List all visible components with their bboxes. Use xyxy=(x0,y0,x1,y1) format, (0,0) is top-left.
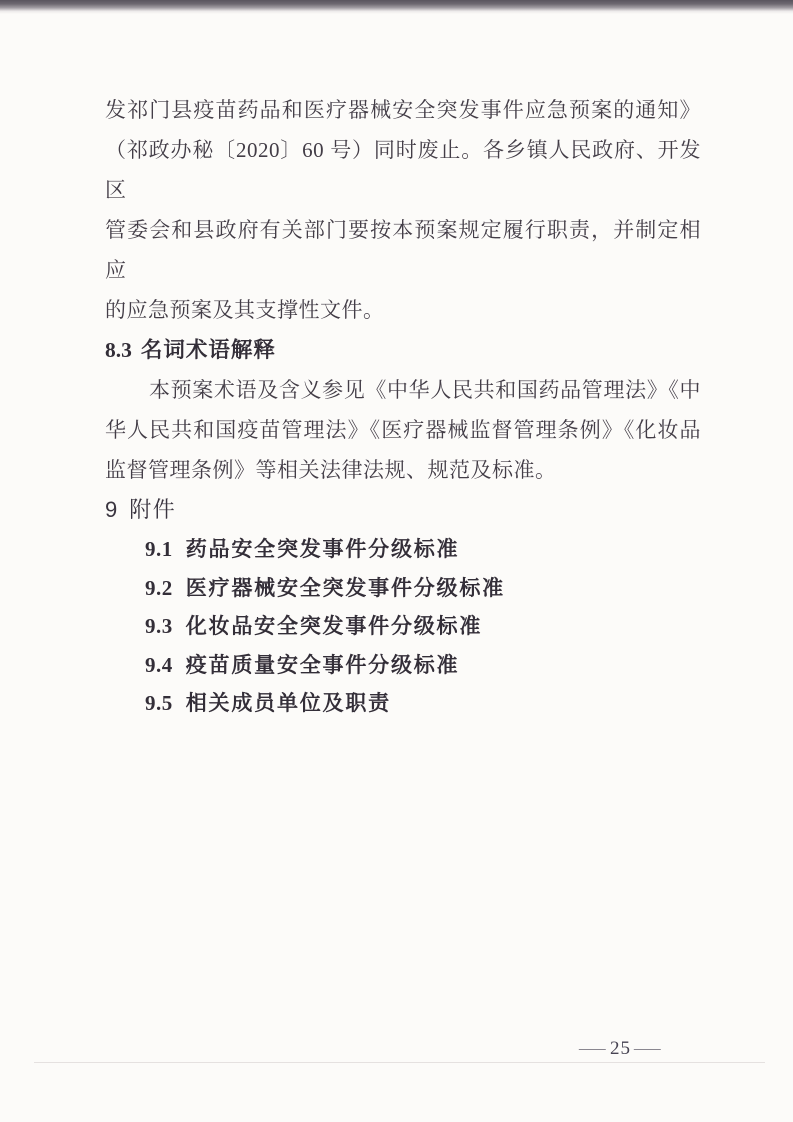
paragraph-line: 监督管理条例》等相关法律法规、规范及标准。 xyxy=(105,450,701,490)
attachment-title: 化妆品安全突发事件分级标准 xyxy=(186,614,482,638)
section-number: 8.3 xyxy=(105,338,132,362)
page-number: —25— xyxy=(576,1036,665,1062)
attachment-title: 疫苗质量安全事件分级标准 xyxy=(186,653,460,677)
terms-paragraph: 本预案术语及含义参见《中华人民共和国药品管理法》《中 华人民共和国疫苗管理法》《… xyxy=(105,370,701,490)
attachment-number: 9.5 xyxy=(145,691,173,715)
paragraph-line: 华人民共和国疫苗管理法》《医疗器械监督管理条例》《化妆品 xyxy=(105,410,701,450)
attachment-number: 9.3 xyxy=(145,614,173,638)
paragraph-continuation: 发祁门县疫苗药品和医疗器械安全突发事件应急预案的通知》 （祁政办秘〔2020〕6… xyxy=(105,90,701,330)
paragraph-line: 本预案术语及含义参见《中华人民共和国药品管理法》《中 xyxy=(105,370,701,410)
document-page: 发祁门县疫苗药品和医疗器械安全突发事件应急预案的通知》 （祁政办秘〔2020〕6… xyxy=(0,0,793,1122)
paragraph-line: 发祁门县疫苗药品和医疗器械安全突发事件应急预案的通知》 xyxy=(105,90,701,130)
attachment-item-9-4: 9.4疫苗质量安全事件分级标准 xyxy=(145,646,701,685)
section-heading-8-3: 8.3名词术语解释 xyxy=(105,330,701,370)
section-title: 名词术语解释 xyxy=(141,338,276,362)
scan-edge-artifact xyxy=(0,0,793,14)
attachment-title: 药品安全突发事件分级标准 xyxy=(186,537,460,561)
section-heading-9: 9附件 xyxy=(105,490,701,530)
paragraph-line: （祁政办秘〔2020〕60 号）同时废止。各乡镇人民政府、开发区 xyxy=(105,130,701,210)
paragraph-line: 管委会和县政府有关部门要按本预案规定履行职责，并制定相应 xyxy=(105,210,701,290)
section-number: 9 xyxy=(105,497,117,522)
attachment-item-9-2: 9.2医疗器械安全突发事件分级标准 xyxy=(145,569,701,608)
section-title: 附件 xyxy=(129,497,176,522)
attachment-item-9-1: 9.1药品安全突发事件分级标准 xyxy=(145,530,701,569)
scan-line-artifact xyxy=(34,1062,765,1063)
attachment-item-9-5: 9.5相关成员单位及职责 xyxy=(145,684,701,723)
page-number-dash-left: — xyxy=(579,1036,607,1062)
attachment-number: 9.4 xyxy=(145,653,173,677)
attachment-number: 9.2 xyxy=(145,576,173,600)
attachment-title: 相关成员单位及职责 xyxy=(186,691,391,715)
attachment-title: 医疗器械安全突发事件分级标准 xyxy=(186,576,505,600)
page-number-value: 25 xyxy=(610,1038,631,1059)
paragraph-line: 的应急预案及其支撑性文件。 xyxy=(105,290,701,330)
attachment-item-9-3: 9.3化妆品安全突发事件分级标准 xyxy=(145,607,701,646)
attachment-number: 9.1 xyxy=(145,537,173,561)
page-number-dash-right: — xyxy=(634,1036,662,1062)
document-content: 发祁门县疫苗药品和医疗器械安全突发事件应急预案的通知》 （祁政办秘〔2020〕6… xyxy=(105,90,701,723)
